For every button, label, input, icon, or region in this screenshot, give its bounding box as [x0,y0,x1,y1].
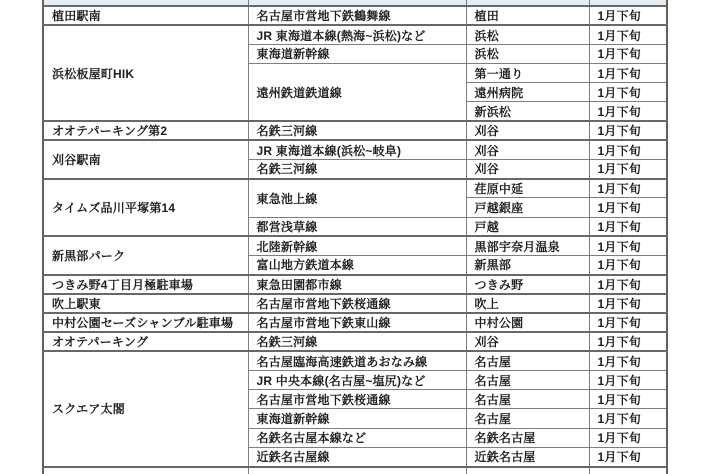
park-and-ride-table: 植田駅南名古屋市営地下鉄鶴舞線植田1月下旬浜松板屋町HIKJR 東海道本線(熱海… [42,0,668,474]
table-row: 新黒部パーク北陸新幹線黒部宇奈月温泉1月下旬 [43,236,667,255]
station-cell: 近鉄名古屋 [466,447,589,466]
date-cell: 1月下旬 [589,44,667,63]
facility-cell [43,467,248,474]
date-cell: 1月下旬 [589,390,667,409]
line-cell: 名鉄名古屋本線など [248,428,466,447]
date-cell [589,467,667,474]
station-cell: 刈谷 [466,332,589,351]
date-cell: 1月下旬 [589,255,667,274]
station-cell: 刈谷 [466,140,589,159]
table-row: オオテパーキング名鉄三河線刈谷1月下旬 [43,332,667,351]
date-cell: 1月下旬 [589,198,667,217]
table-row: つきみ野4丁目月極駐車場東急田園都市線つきみ野1月下旬 [43,275,667,294]
line-cell: 東海道新幹線 [248,409,466,428]
station-cell: 中村公園 [466,313,589,332]
station-cell: 吹上 [466,294,589,313]
station-cell: 名古屋 [466,351,589,370]
line-cell: 名古屋市営地下鉄東山線 [248,313,466,332]
table-row: タイムズ品川平塚第14東急池上線荏原中延1月下旬 [43,179,667,198]
table-row: 中村公園セーズシャンブル駐車場名古屋市営地下鉄東山線中村公園1月下旬 [43,313,667,332]
station-cell: 新浜松 [466,102,589,121]
date-cell: 1月下旬 [589,140,667,159]
line-cell: 都営浅草線 [248,217,466,236]
facility-cell: タイムズ品川平塚第14 [43,179,248,237]
date-cell: 1月下旬 [589,64,667,83]
table-row: 刈谷駅南JR 東海道本線(浜松~岐阜)刈谷1月下旬 [43,140,667,159]
line-cell: 名鉄三河線 [248,332,466,351]
date-cell: 1月下旬 [589,6,667,25]
date-cell: 1月下旬 [589,294,667,313]
date-cell: 1月下旬 [589,428,667,447]
facility-cell: 吹上駅東 [43,294,248,313]
facility-cell: 刈谷駅南 [43,140,248,178]
table-row: 植田駅南名古屋市営地下鉄鶴舞線植田1月下旬 [43,6,667,25]
facility-cell: オオテパーキング第2 [43,121,248,140]
line-cell: 東急田園都市線 [248,275,466,294]
cutoff-row-bottom [43,467,667,474]
page-viewport: 植田駅南名古屋市営地下鉄鶴舞線植田1月下旬浜松板屋町HIKJR 東海道本線(熱海… [0,0,710,474]
facility-cell: 浜松板屋町HIK [43,25,248,121]
station-cell: 遠州病院 [466,83,589,102]
line-cell: JR 東海道本線(熱海~浜松)など [248,25,466,44]
facility-cell: スクエア太閤 [43,351,248,466]
station-cell: 第一通り [466,64,589,83]
line-cell [248,467,466,474]
station-cell: 名古屋 [466,371,589,390]
date-cell: 1月下旬 [589,179,667,198]
facility-cell: オオテパーキング [43,332,248,351]
station-cell: 荏原中延 [466,179,589,198]
station-cell: 戸越 [466,217,589,236]
table-row: 吹上駅東名古屋市営地下鉄桜通線吹上1月下旬 [43,294,667,313]
facility-cell: 中村公園セーズシャンブル駐車場 [43,313,248,332]
date-cell: 1月下旬 [589,83,667,102]
date-cell: 1月下旬 [589,217,667,236]
date-cell: 1月下旬 [589,102,667,121]
line-cell: 名古屋臨海高速鉄道あおなみ線 [248,351,466,370]
station-cell: つきみ野 [466,275,589,294]
date-cell: 1月下旬 [589,25,667,44]
line-cell: 東急池上線 [248,179,466,217]
station-cell [466,467,589,474]
date-cell: 1月下旬 [589,447,667,466]
station-cell: 名古屋 [466,390,589,409]
station-cell: 新黒部 [466,255,589,274]
facility-cell: 新黒部パーク [43,236,248,274]
station-cell: 黒部宇奈月温泉 [466,236,589,255]
date-cell: 1月下旬 [589,236,667,255]
station-cell: 刈谷 [466,160,589,179]
line-cell: 遠州鉄道鉄道線 [248,64,466,122]
date-cell: 1月下旬 [589,371,667,390]
date-cell: 1月下旬 [589,121,667,140]
line-cell: 近鉄名古屋線 [248,447,466,466]
table-row: スクエア太閤名古屋臨海高速鉄道あおなみ線名古屋1月下旬 [43,351,667,370]
line-cell: 名鉄三河線 [248,160,466,179]
line-cell: JR 中央本線(名古屋~塩尻)など [248,371,466,390]
station-cell: 浜松 [466,44,589,63]
line-cell: 東海道新幹線 [248,44,466,63]
table-body: 植田駅南名古屋市営地下鉄鶴舞線植田1月下旬浜松板屋町HIKJR 東海道本線(熱海… [43,0,667,474]
station-cell: 浜松 [466,25,589,44]
table-row: 浜松板屋町HIKJR 東海道本線(熱海~浜松)など浜松1月下旬 [43,25,667,44]
date-cell: 1月下旬 [589,351,667,370]
line-cell: 北陸新幹線 [248,236,466,255]
date-cell: 1月下旬 [589,332,667,351]
date-cell: 1月下旬 [589,313,667,332]
line-cell: 名鉄三河線 [248,121,466,140]
line-cell: 富山地方鉄道本線 [248,255,466,274]
line-cell: 名古屋市営地下鉄鶴舞線 [248,6,466,25]
station-cell: 刈谷 [466,121,589,140]
date-cell: 1月下旬 [589,160,667,179]
facility-cell: 植田駅南 [43,6,248,25]
station-cell: 名古屋 [466,409,589,428]
line-cell: 名古屋市営地下鉄桜通線 [248,390,466,409]
date-cell: 1月下旬 [589,275,667,294]
line-cell: 名古屋市営地下鉄桜通線 [248,294,466,313]
table-row: オオテパーキング第2名鉄三河線刈谷1月下旬 [43,121,667,140]
line-cell: JR 東海道本線(浜松~岐阜) [248,140,466,159]
station-cell: 名鉄名古屋 [466,428,589,447]
date-cell: 1月下旬 [589,409,667,428]
facility-cell: つきみ野4丁目月極駐車場 [43,275,248,294]
station-cell: 植田 [466,6,589,25]
station-cell: 戸越銀座 [466,198,589,217]
